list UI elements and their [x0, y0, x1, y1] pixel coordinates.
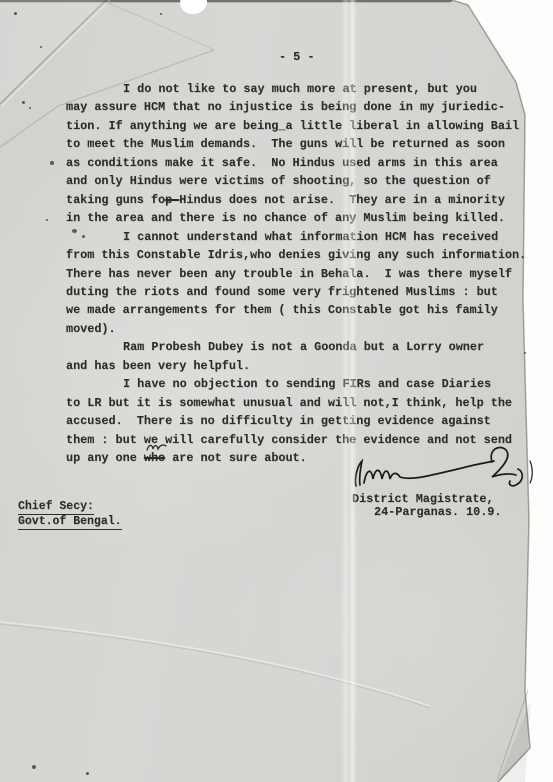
letter-body: I do not like to say much more at presen… — [66, 80, 541, 468]
paper-speck — [40, 46, 42, 48]
letter-line: tion. If anything we are being_a little … — [66, 117, 541, 135]
paper-speck — [160, 13, 162, 15]
letter-line: I do not like to say much more at presen… — [66, 80, 541, 98]
letter-line: in the area and there is no chance of an… — [66, 209, 541, 227]
paper-speck — [32, 765, 36, 769]
line-text: Hindus does not arise. They are in a min… — [179, 193, 505, 207]
letter-line: to meet the Muslim demands. The guns wil… — [66, 135, 541, 153]
handwritten-correction-mark — [145, 441, 169, 453]
letter-line: and only Hindus were victims of shooting… — [66, 172, 541, 190]
letter-line: accused. There is no difficulty in getti… — [66, 412, 541, 430]
signoff-district-date: 24-Parganas. 10.9. — [374, 505, 501, 519]
letter-line: from this Constable Idris,who denies giv… — [66, 246, 541, 264]
handwritten-signature — [342, 441, 537, 496]
struck-word: p- — [165, 193, 179, 207]
paper-speck — [22, 101, 25, 104]
letter-line: moved). — [66, 320, 541, 338]
letter-line: Ram Probesh Dubey is not a Goonda but a … — [66, 338, 541, 356]
letter-line: I have no objection to sending FIRs and … — [66, 375, 541, 393]
addressee-line: Govt.of Bengal. — [18, 515, 122, 530]
page-number: - 5 - — [279, 50, 314, 64]
letter-line: to LR but it is somewhat unusual and wil… — [66, 394, 541, 412]
letter-line: we made arrangements for them ( this Con… — [66, 301, 541, 319]
scanned-letter-page: - 5 - I do not like to say much more at … — [0, 0, 553, 782]
line-text: up any one — [66, 451, 144, 465]
paper-top-edge-shadow — [0, 2, 450, 3]
struck-word: who — [144, 451, 165, 465]
letter-line: taking guns fop-Hindus does not arise. T… — [66, 191, 541, 209]
letter-line: and has been very helpful. — [66, 357, 541, 375]
line-text: taking guns fo — [66, 193, 165, 207]
paper-speck — [14, 12, 17, 15]
line-text: are not sure about. — [165, 451, 307, 465]
letter-line: duting the riots and found some very fri… — [66, 283, 541, 301]
letter-line: may assure HCM that no injustice is bein… — [66, 98, 541, 116]
letter-line: There has never been any trouble in Beha… — [66, 265, 541, 283]
paper-speck — [86, 772, 89, 775]
paper-speck — [50, 161, 54, 165]
corrected-word-wrap: who — [144, 449, 165, 467]
addressee-block: Chief Secy: Govt.of Bengal. — [18, 500, 122, 530]
letter-line: as conditions make it safe. No Hindus us… — [66, 154, 541, 172]
paper-speck — [46, 219, 48, 221]
addressee-line: Chief Secy: — [18, 500, 94, 515]
letter-line: I cannot understand what information HCM… — [66, 228, 541, 246]
paper-speck — [29, 107, 31, 109]
